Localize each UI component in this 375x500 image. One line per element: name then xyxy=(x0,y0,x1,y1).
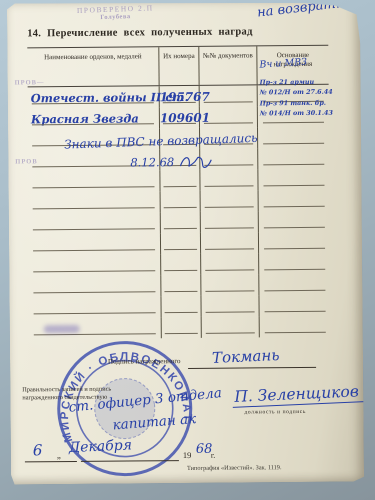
empty-cell xyxy=(29,296,161,318)
award-number-cell: 195767 xyxy=(160,86,200,107)
header-cell-documents: №№ докумен­тов xyxy=(199,46,257,85)
empty-cell xyxy=(161,275,201,296)
empty-cell xyxy=(161,254,201,275)
empty-cell xyxy=(161,191,201,212)
printer-imprint: Типография «Известий». Зак. 1119. xyxy=(187,464,282,472)
award-document-cell xyxy=(200,85,258,107)
official-signature-handwriting: П. Зеленщиков xyxy=(232,382,365,408)
header-cell-name: Наименование орденов, медалей xyxy=(27,47,159,86)
empty-cell xyxy=(161,296,201,317)
award-number: 195767 xyxy=(160,90,199,104)
empty-cell xyxy=(29,275,161,297)
empty-cell xyxy=(258,148,329,170)
basis-header-annotation: Вч и МВЗ xyxy=(259,57,307,72)
empty-cell xyxy=(201,211,259,233)
empty-cell xyxy=(259,190,330,212)
date-year-suffix: г. xyxy=(211,451,215,460)
empty-cell xyxy=(259,274,330,296)
award-basis: Пр-з 91 танк. бр. № 014/Н от 30.1.43 xyxy=(260,99,355,119)
award-number-cell: 109601 xyxy=(160,107,200,128)
award-name: Красная Звезда xyxy=(31,111,139,126)
empty-cell xyxy=(202,316,260,338)
empty-cell xyxy=(201,295,259,317)
empty-cell xyxy=(259,253,330,275)
position-signature-label: должность и подпись xyxy=(244,409,306,416)
table-body: Отечест. войны II ст. 195767 Пр-з 21 арм… xyxy=(28,85,331,340)
date-year-printed: 19 xyxy=(183,450,192,460)
date-month-handwriting: Декабря xyxy=(68,437,132,456)
note-signature-flourish xyxy=(178,154,212,170)
document-card: ПРОВЕРЕНО 2.П Голубева на возврат. 14. П… xyxy=(7,0,364,484)
empty-cell xyxy=(258,169,329,191)
empty-cell xyxy=(160,170,200,191)
ink-smudge xyxy=(44,325,80,333)
award-basis: Пр-з 21 армии № 012/Н от 27.6.44 xyxy=(260,78,355,98)
award-basis-cell: Пр-з 91 танк. бр. № 014/Н от 30.1.43 xyxy=(258,106,329,128)
date-day-handwriting: 6 xyxy=(33,441,43,459)
awards-table: Наименование орденов, медалей Их номера … xyxy=(27,45,331,340)
empty-cell xyxy=(201,274,259,296)
empty-cell xyxy=(258,127,329,149)
empty-cell xyxy=(201,232,259,254)
award-row: Красная Звезда 109601 Пр-з 91 танк. бр. … xyxy=(28,106,329,130)
award-basis-line2: № 014/Н от 30.1.43 xyxy=(260,108,355,118)
empty-table-row xyxy=(29,232,330,256)
award-name-cell: Отечест. войны II ст. xyxy=(28,86,160,108)
empty-cell xyxy=(28,170,160,192)
prov-stamp-fragment-2: ПРОВ xyxy=(15,158,37,165)
empty-cell xyxy=(29,254,161,276)
award-name-cell: Красная Звезда xyxy=(28,107,160,129)
return-note-handwriting: на возврат. xyxy=(256,0,340,21)
empty-cell xyxy=(259,295,330,317)
empty-table-row xyxy=(29,253,330,277)
empty-cell xyxy=(259,232,330,254)
awardee-signature-handwriting: Токмань xyxy=(212,346,280,367)
empty-cell xyxy=(161,212,201,233)
award-basis-line2: № 012/Н от 27.6.44 xyxy=(260,87,355,97)
awardee-signature-line xyxy=(188,367,316,369)
awardee-signature-label: Подпись награжденного xyxy=(108,357,181,366)
empty-table-row xyxy=(29,274,330,298)
empty-table-row xyxy=(29,190,330,214)
prov-stamp-fragment-1: ПРОВ— xyxy=(15,79,45,86)
empty-cell xyxy=(29,212,161,234)
pvs-note-date: 8.12.68 xyxy=(130,154,212,171)
empty-table-row xyxy=(29,211,330,235)
empty-table-row xyxy=(29,295,330,319)
empty-cell xyxy=(259,211,330,233)
date-quote-mark: „ xyxy=(57,450,61,460)
empty-cell xyxy=(29,191,161,213)
empty-cell xyxy=(161,233,201,254)
empty-cell xyxy=(260,316,331,338)
empty-cell xyxy=(29,233,161,255)
verified-stamp: ПРОВЕРЕНО 2.П Голубева xyxy=(77,3,154,22)
empty-cell xyxy=(201,190,259,212)
empty-table-row xyxy=(28,169,329,193)
empty-cell xyxy=(201,253,259,275)
section-title: 14. Перечисление всех полученных наград xyxy=(27,26,253,39)
pvs-note-date-text: 8.12.68 xyxy=(130,155,174,169)
award-number: 109601 xyxy=(160,111,199,125)
empty-cell xyxy=(200,169,258,191)
award-document-cell xyxy=(200,106,258,128)
header-cell-number: Их номера xyxy=(159,47,199,85)
